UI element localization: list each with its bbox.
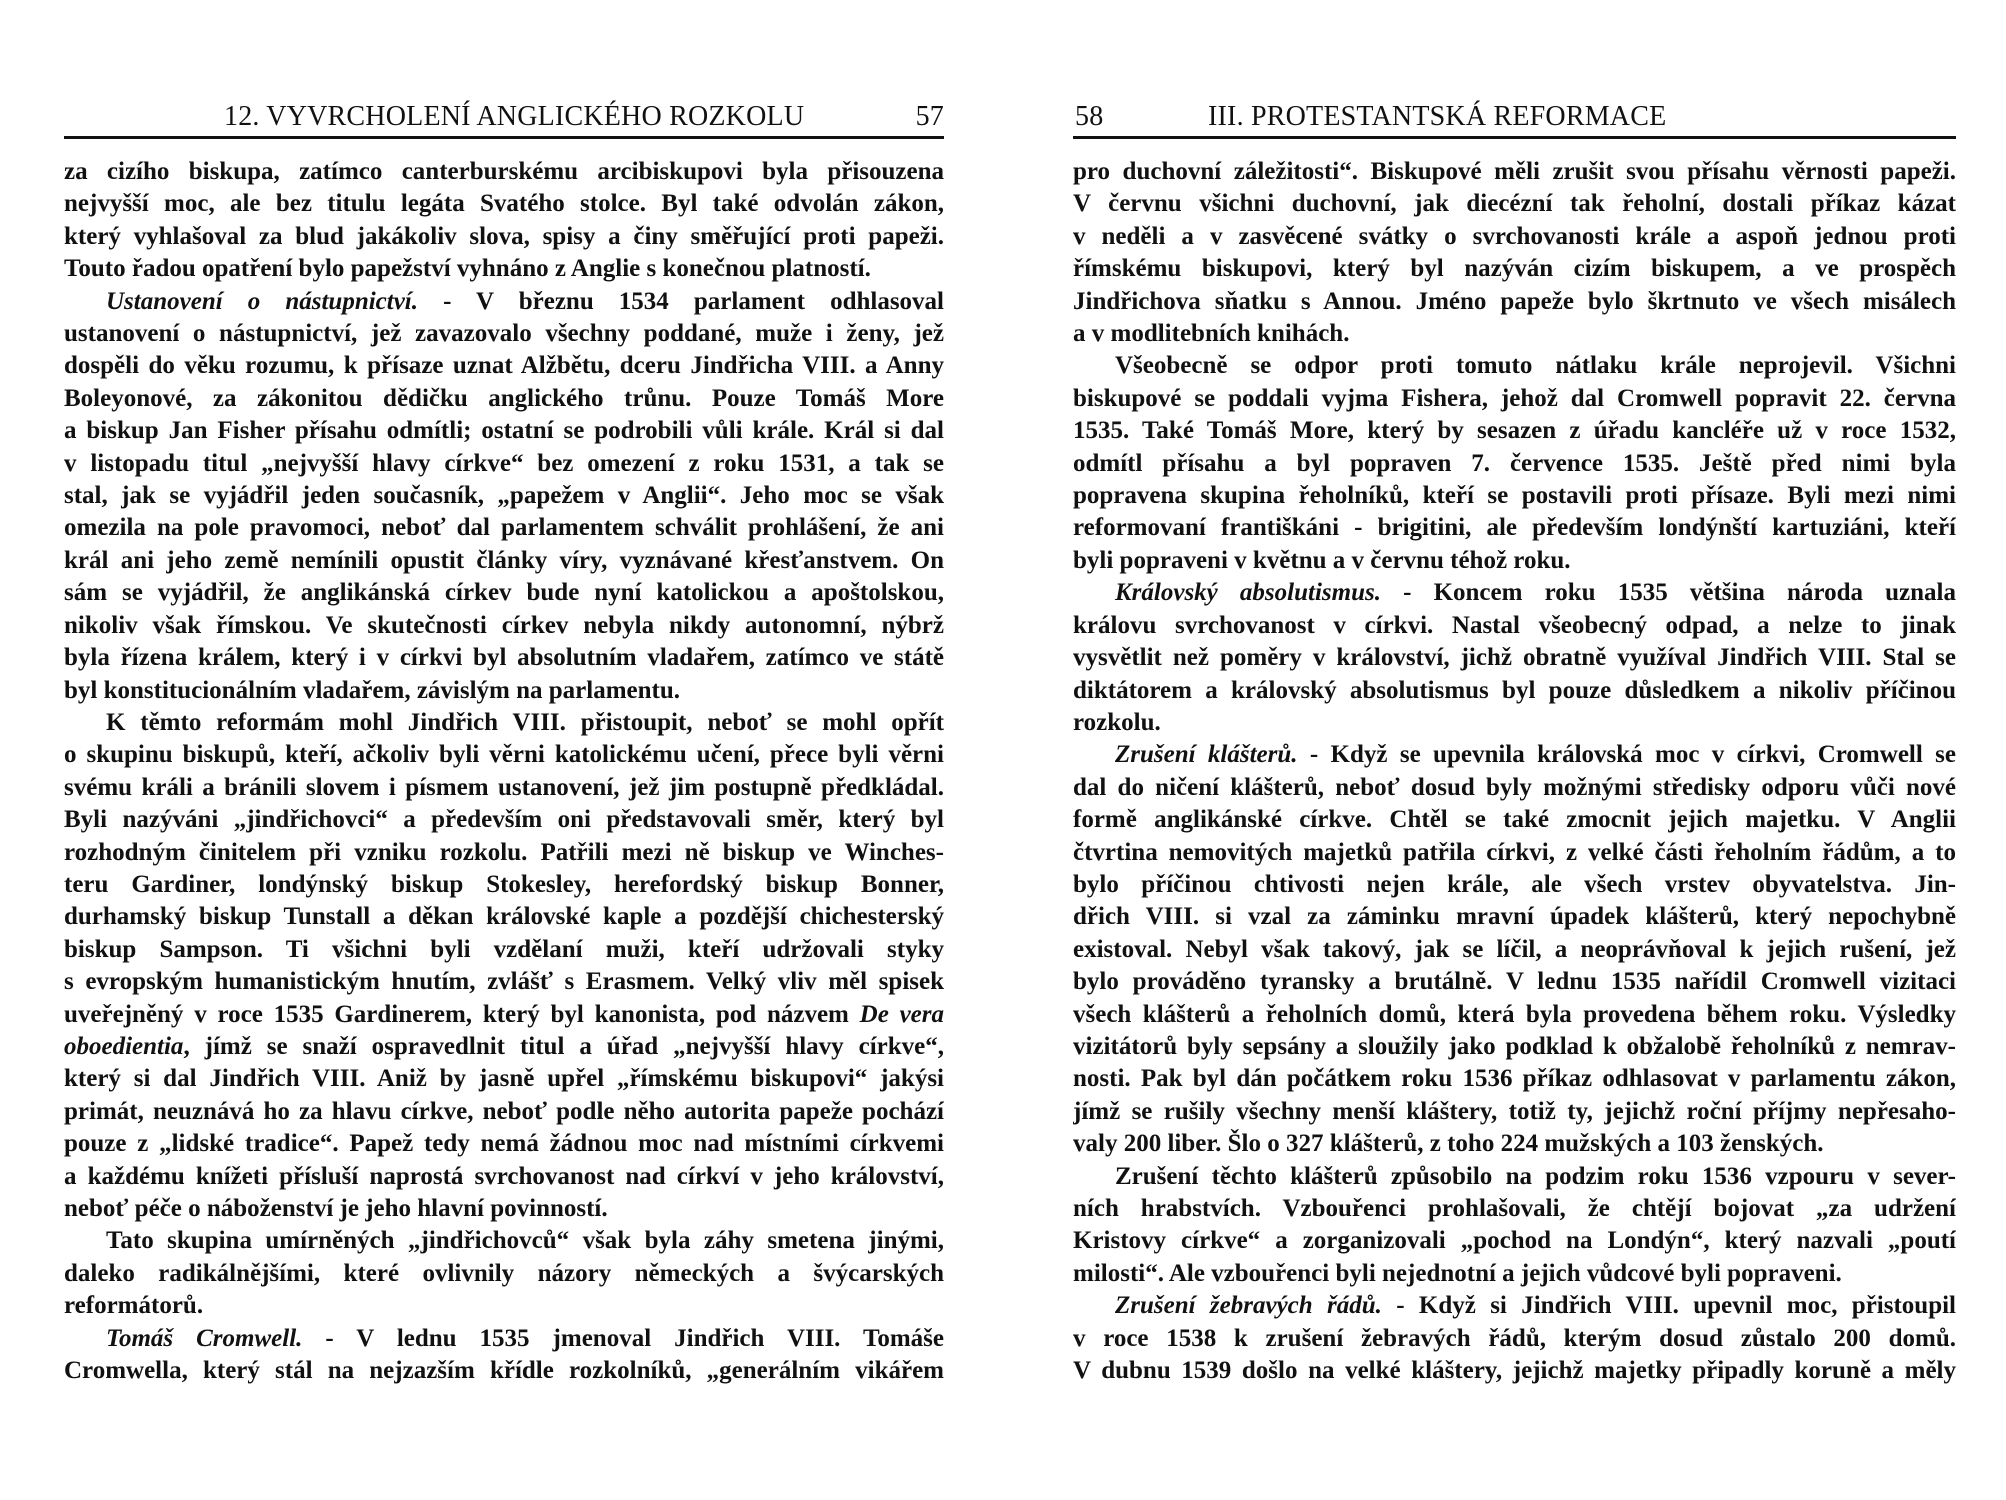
text-line: bylo prováděno tyransky a brutálně. V le… xyxy=(1073,966,1956,998)
text-line: a v modlitebních knihách. xyxy=(1073,318,1956,350)
text-line: všech klášterů a řeholních domů, která b… xyxy=(1073,999,1956,1031)
text-line: čtvrtina nemovitých majetků patřila círk… xyxy=(1073,837,1956,869)
text-line: královu svrchovanost v církvi. Nastal vš… xyxy=(1073,610,1956,642)
text-line: o skupinu biskupů, kteří, ačkoliv byli v… xyxy=(64,739,944,771)
text-line: za cizího biskupa, zatímco canterburském… xyxy=(64,156,944,188)
text-line: Kristovy církve“ a zorganizovali „pochod… xyxy=(1073,1225,1956,1257)
text-line: ustanovení o nástupnictví, jež zavazoval… xyxy=(64,318,944,350)
text-line: Zrušení žebravých řádů. - Když si Jindři… xyxy=(1073,1290,1956,1322)
text-line: Touto řadou opatření bylo papežství vyhn… xyxy=(64,253,944,285)
text-line: rozhodným činitelem při vzniku rozkolu. … xyxy=(64,837,944,869)
section-heading: Zrušení klášterů. xyxy=(1115,741,1298,768)
section-heading: Královský absolutismus. xyxy=(1115,579,1381,606)
text-line: 1535. Také Tomáš More, který by sesazen … xyxy=(1073,415,1956,447)
text-line: neboť péče o náboženství je jeho hlavní … xyxy=(64,1193,944,1225)
text-line: existoval. Nebyl však takový, jak se líč… xyxy=(1073,934,1956,966)
text-line: Boleyonové, za zákonitou dědičku anglick… xyxy=(64,383,944,415)
text-line: primát, neuznává ho za hlavu církve, neb… xyxy=(64,1096,944,1128)
text-line: a každému knížeti přísluší naprostá svrc… xyxy=(64,1161,944,1193)
section-heading: oboedientia xyxy=(64,1033,183,1060)
text-line: pro duchovní záležitosti“. Biskupové měl… xyxy=(1073,156,1956,188)
text-line: odmítl přísahu a byl popraven 7. červenc… xyxy=(1073,448,1956,480)
text-line: milosti“. Ale vzbouřenci byli nejednotní… xyxy=(1073,1258,1956,1290)
text-line: Jindřichova sňatku s Annou. Jméno papeže… xyxy=(1073,286,1956,318)
text-line: rozkolu. xyxy=(1073,707,1956,739)
section-heading: Ustanovení o nástupnictví. xyxy=(106,288,418,315)
text-line: římskému biskupovi, který byl nazýván ci… xyxy=(1073,253,1956,285)
text-line: vizitátorů byly sepsány a sloužily jako … xyxy=(1073,1031,1956,1063)
text-line: reformovaní františkáni - brigitini, ale… xyxy=(1073,512,1956,544)
text-line: daleko radikálnějšími, které ovlivnily n… xyxy=(64,1258,944,1290)
text-line: omezila na pole pravomoci, neboť dal par… xyxy=(64,512,944,544)
section-heading: Tomáš Cromwell. xyxy=(106,1325,302,1352)
running-head-right: 58 III. PROTESTANTSKÁ REFORMACE xyxy=(1073,100,1956,134)
text-line: biskup Sampson. Ti všichni byli vzdělaní… xyxy=(64,934,944,966)
text-line: Tomáš Cromwell. - V lednu 1535 jmenoval … xyxy=(64,1323,944,1355)
text-line: uveřejněný v roce 1535 Gardinerem, který… xyxy=(64,999,944,1031)
text-line: diktátorem a královský absolutismus byl … xyxy=(1073,675,1956,707)
text-line: nikoliv však římskou. Ve skutečnosti cír… xyxy=(64,610,944,642)
text-line: durhamský biskup Tunstall a děkan králov… xyxy=(64,901,944,933)
text-line: byla řízena králem, který i v církvi byl… xyxy=(64,642,944,674)
text-line: Cromwella, který stál na nejzazším křídl… xyxy=(64,1355,944,1387)
text-line: v listopadu titul „nejvyšší hlavy církve… xyxy=(64,448,944,480)
text-line: Královský absolutismus. - Koncem roku 15… xyxy=(1073,577,1956,609)
page-number: 57 xyxy=(916,100,944,134)
text-line: Zrušení těchto klášterů způsobilo na pod… xyxy=(1073,1161,1956,1193)
header-rule xyxy=(1073,136,1956,139)
text-line: valy 200 liber. Šlo o 327 klášterů, z to… xyxy=(1073,1128,1956,1160)
text-line: jímž se rušily všechny menší kláštery, t… xyxy=(1073,1096,1956,1128)
text-line: Ustanovení o nástupnictví. - V březnu 15… xyxy=(64,286,944,318)
text-line: Byli nazýváni „jindřichovci“ a především… xyxy=(64,804,944,836)
text-line: v neděli a v zasvěcené svátky o svrchova… xyxy=(1073,221,1956,253)
text-line: vysvětlit než poměry v království, jichž… xyxy=(1073,642,1956,674)
left-page: 12. VYVRCHOLENÍ ANGLICKÉHO ROZKOLU 57 za… xyxy=(64,0,944,1500)
text-line: oboedientia, jímž se snaží ospravedlnit … xyxy=(64,1031,944,1063)
text-line: byli popraveni v květnu a v červnu téhož… xyxy=(1073,545,1956,577)
body-text: pro duchovní záležitosti“. Biskupové měl… xyxy=(1073,156,1956,1387)
text-line: Tato skupina umírněných „jindřichovců“ v… xyxy=(64,1225,944,1257)
text-line: dospěli do věku rozumu, k přísaze uznat … xyxy=(64,350,944,382)
text-line: ních hrabstvích. Vzbouřenci prohlašovali… xyxy=(1073,1193,1956,1225)
text-line: Všeobecně se odpor proti tomuto nátlaku … xyxy=(1073,350,1956,382)
text-line: V dubnu 1539 došlo na velké kláštery, je… xyxy=(1073,1355,1956,1387)
text-line: V červnu všichni duchovní, jak diecézní … xyxy=(1073,188,1956,220)
text-line: teru Gardiner, londýnský biskup Stokesle… xyxy=(64,869,944,901)
text-line: který vyhlašoval za blud jakákoliv slova… xyxy=(64,221,944,253)
text-line: dřich VIII. si vzal za záminku mravní úp… xyxy=(1073,901,1956,933)
body-text: za cizího biskupa, zatímco canterburském… xyxy=(64,156,944,1387)
text-line: bylo příčinou chtivosti nejen krále, ale… xyxy=(1073,869,1956,901)
part-title: III. PROTESTANTSKÁ REFORMACE xyxy=(1208,100,1666,134)
page-number: 58 xyxy=(1075,100,1103,134)
text-line: a biskup Jan Fisher přísahu odmítli; ost… xyxy=(64,415,944,447)
text-line: s evropským humanistickým hnutím, zvlášť… xyxy=(64,966,944,998)
text-line: pouze z „lidské tradice“. Papež tedy nem… xyxy=(64,1128,944,1160)
text-line: svému králi a bránili slovem i písmem us… xyxy=(64,772,944,804)
right-page: 58 III. PROTESTANTSKÁ REFORMACE pro duch… xyxy=(1073,0,1956,1500)
text-line: král ani jeho země nemínili opustit člán… xyxy=(64,545,944,577)
text-line: K těmto reformám mohl Jindřich VIII. při… xyxy=(64,707,944,739)
text-line: sám se vyjádřil, že anglikánská církev b… xyxy=(64,577,944,609)
header-rule xyxy=(64,136,944,139)
text-line: reformátorů. xyxy=(64,1290,944,1322)
section-heading: Zrušení žebravých řádů. xyxy=(1115,1292,1382,1319)
text-line: popravena skupina řeholníků, kteří se po… xyxy=(1073,480,1956,512)
text-line: stal, jak se vyjádřil jeden současník, „… xyxy=(64,480,944,512)
text-line: biskupové se poddali vyjma Fishera, jeho… xyxy=(1073,383,1956,415)
text-line: nosti. Pak byl dán počátkem roku 1536 př… xyxy=(1073,1063,1956,1095)
text-line: formě anglikánské církve. Chtěl se také … xyxy=(1073,804,1956,836)
running-head-left: 12. VYVRCHOLENÍ ANGLICKÉHO ROZKOLU 57 xyxy=(64,100,944,134)
chapter-title: 12. VYVRCHOLENÍ ANGLICKÉHO ROZKOLU xyxy=(224,100,804,134)
text-line: který si dal Jindřich VIII. Aniž by jasn… xyxy=(64,1063,944,1095)
text-line: nejvyšší moc, ale bez titulu legáta Svat… xyxy=(64,188,944,220)
text-line: dal do ničení klášterů, neboť dosud byly… xyxy=(1073,772,1956,804)
text-line: Zrušení klášterů. - Když se upevnila krá… xyxy=(1073,739,1956,771)
text-line: byl konstitucionálním vladařem, závislým… xyxy=(64,675,944,707)
text-line: v roce 1538 k zrušení žebravých řádů, kt… xyxy=(1073,1323,1956,1355)
